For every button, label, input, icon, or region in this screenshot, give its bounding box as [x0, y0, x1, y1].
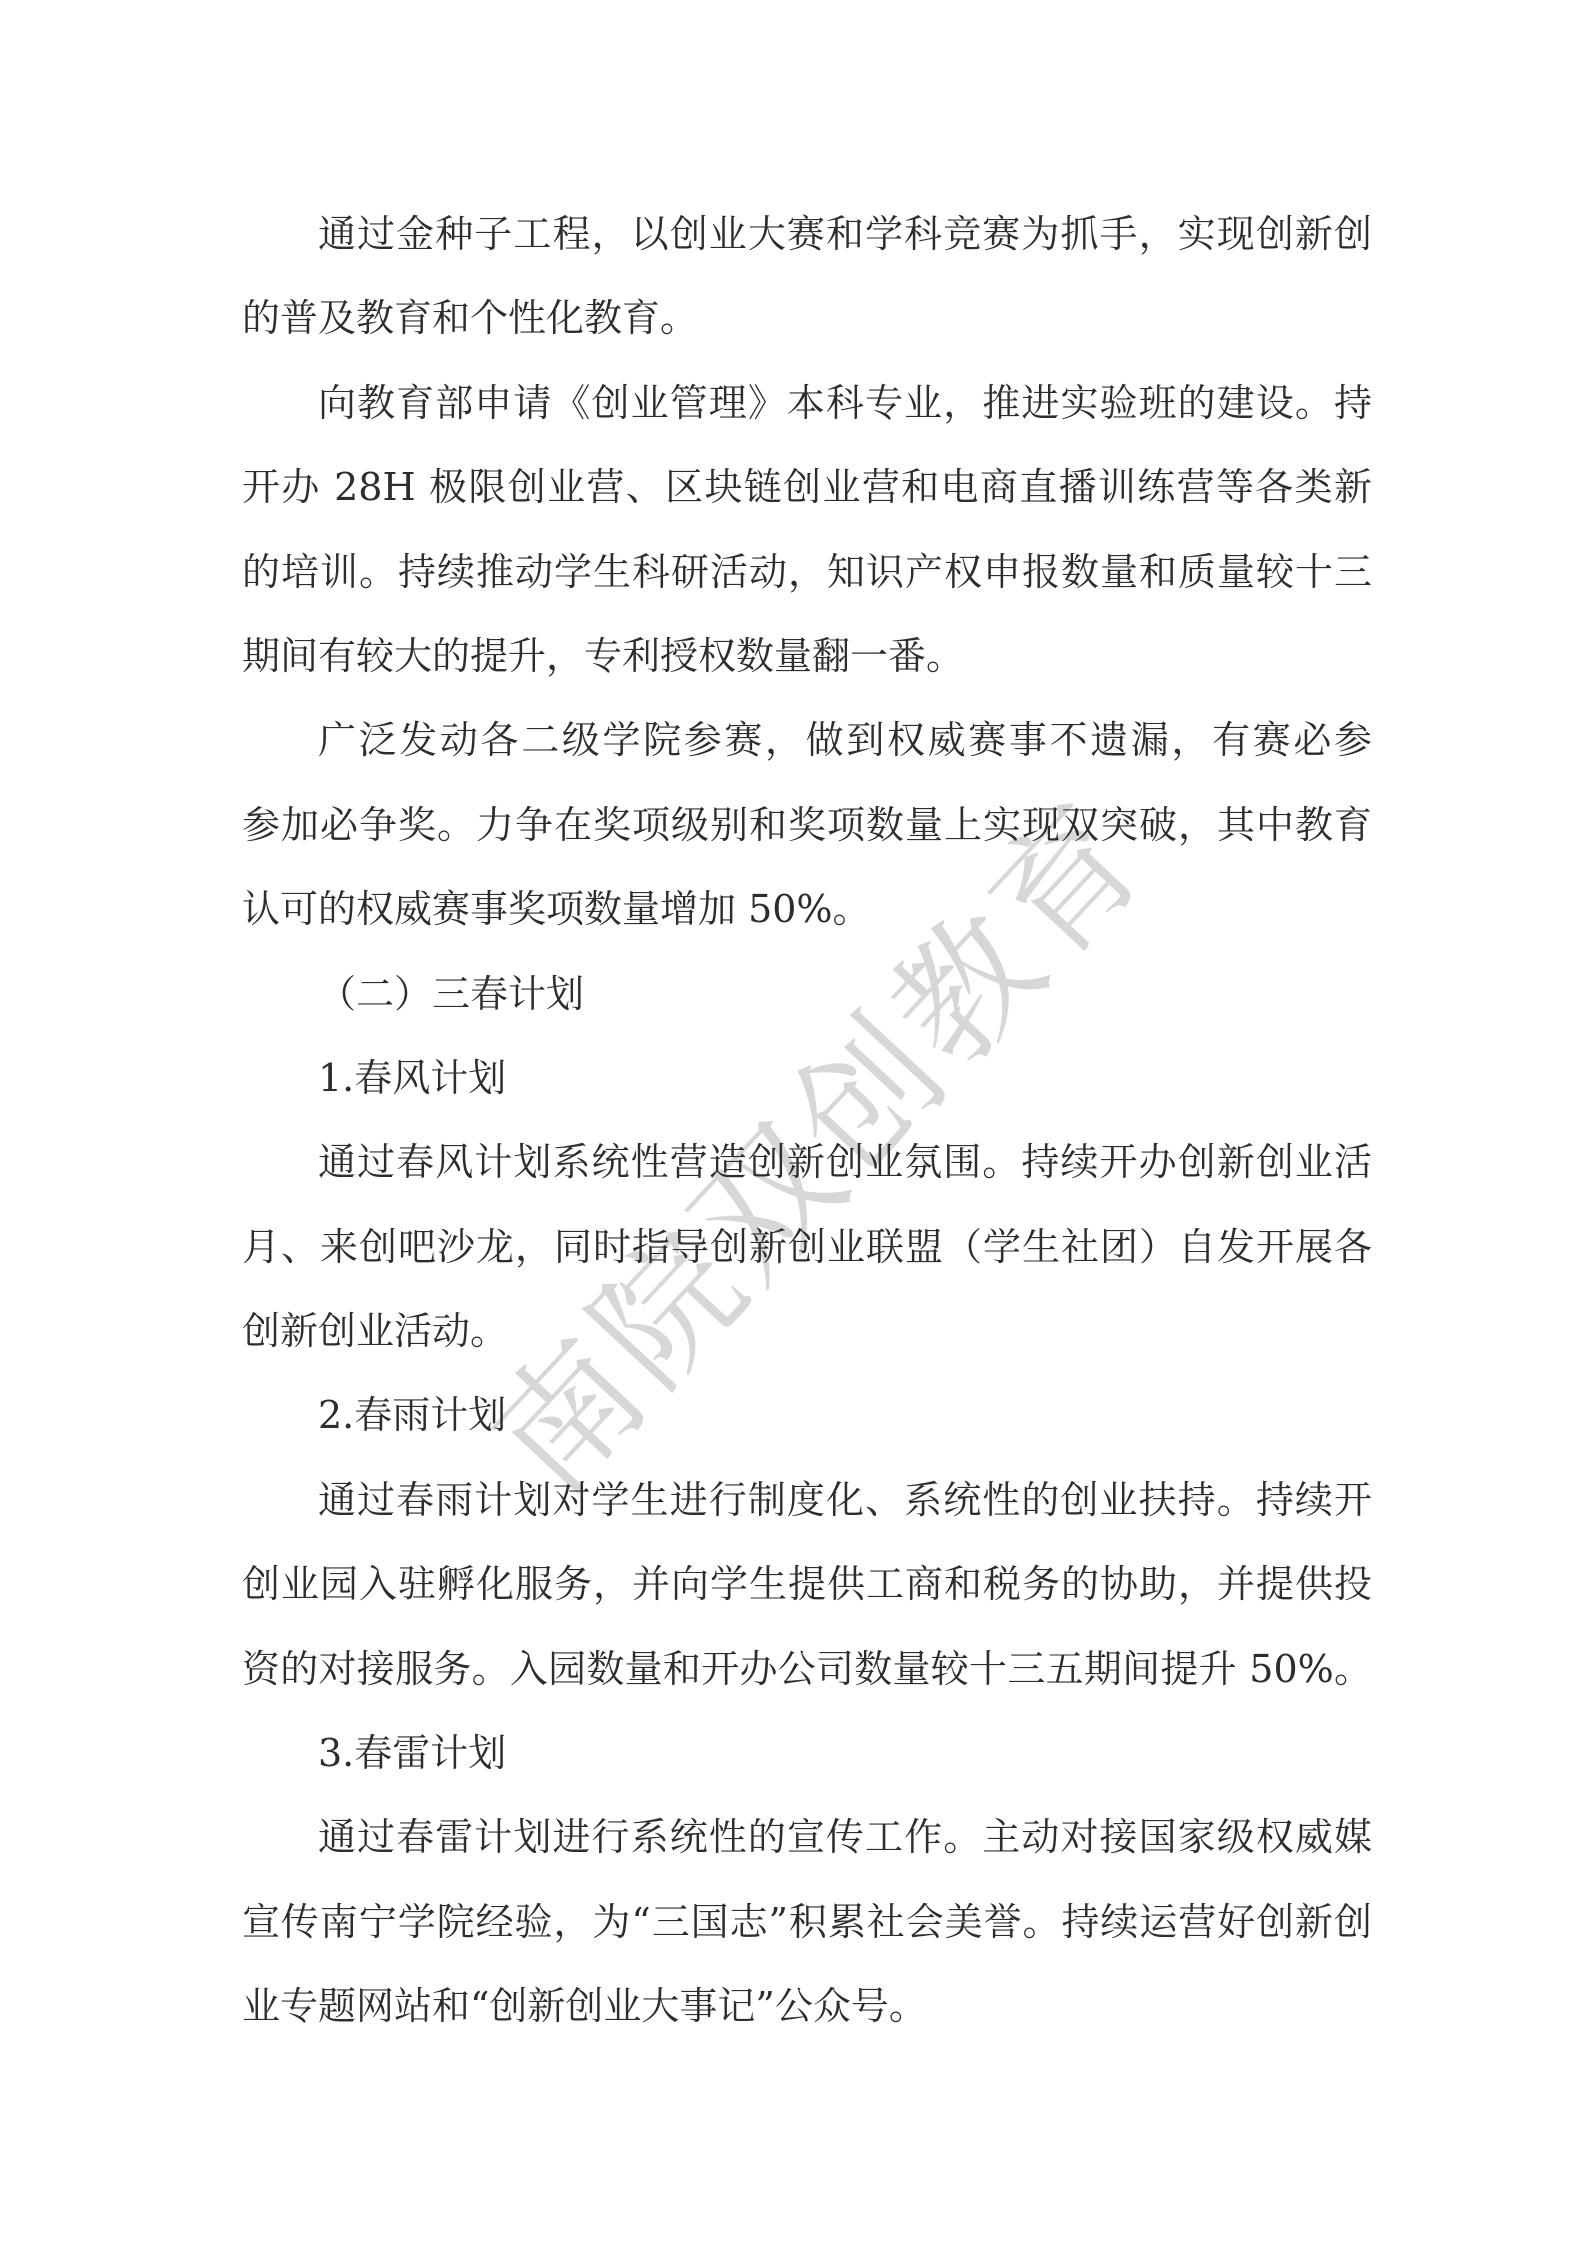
- document-page: 南院双创教育 通过金种子工程，以创业大赛和学科竞赛为抓手，实现创新创业的普及教育…: [0, 0, 1586, 2244]
- text-line: 参加必争奖。力争在奖项级别和奖项数量上实现双突破，其中教育部: [242, 783, 1372, 867]
- text-line: 创新创业活动。: [242, 1289, 1372, 1373]
- text-line: 创业园入驻孵化服务，并向学生提供工商和税务的协助，并提供投融: [242, 1542, 1372, 1626]
- text-line: 通过春雨计划对学生进行制度化、系统性的创业扶持。持续开展: [242, 1458, 1372, 1542]
- text-line: 认可的权威赛事奖项数量增加 50%。: [242, 867, 1372, 951]
- text-line: （二）三春计划: [242, 952, 1372, 1036]
- text-line: 的培训。持续推动学生科研活动，知识产权申报数量和质量较十三五: [242, 530, 1372, 614]
- text-line: 通过春雷计划进行系统性的宣传工作。主动对接国家级权威媒体，: [242, 1795, 1372, 1879]
- text-line: 向教育部申请《创业管理》本科专业，推进实验班的建设。持续: [242, 361, 1372, 445]
- text-line: 通过春风计划系统性营造创新创业氛围。持续开办创新创业活动: [242, 1120, 1372, 1204]
- document-body: 通过金种子工程，以创业大赛和学科竞赛为抓手，实现创新创业的普及教育和个性化教育。…: [242, 192, 1372, 2049]
- text-line: 通过金种子工程，以创业大赛和学科竞赛为抓手，实现创新创业: [242, 192, 1372, 276]
- text-line: 期间有较大的提升，专利授权数量翻一番。: [242, 614, 1372, 698]
- text-line: 开办 28H 极限创业营、区块链创业营和电商直播训练营等各类新技术: [242, 445, 1372, 529]
- text-line: 的普及教育和个性化教育。: [242, 276, 1372, 360]
- text-line: 3.春雷计划: [242, 1711, 1372, 1795]
- text-line: 月、来创吧沙龙，同时指导创新创业联盟（学生社团）自发开展各类: [242, 1205, 1372, 1289]
- text-line: 广泛发动各二级学院参赛，做到权威赛事不遗漏，有赛必参加，: [242, 698, 1372, 782]
- text-line: 宣传南宁学院经验，为“三国志”积累社会美誉。持续运营好创新创: [242, 1880, 1372, 1964]
- text-line: 资的对接服务。入园数量和开办公司数量较十三五期间提升 50%。: [242, 1627, 1372, 1711]
- text-line: 1.春风计划: [242, 1036, 1372, 1120]
- text-line: 业专题网站和“创新创业大事记”公众号。: [242, 1964, 1372, 2048]
- text-line: 2.春雨计划: [242, 1373, 1372, 1457]
